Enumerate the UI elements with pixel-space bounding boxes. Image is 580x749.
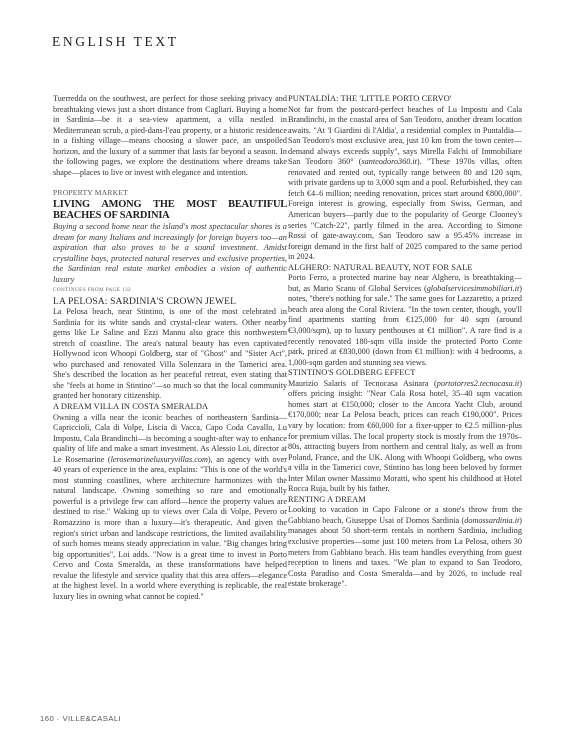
subhead-costa-smeralda: A DREAM VILLA IN COSTA SMERALDA xyxy=(53,402,287,413)
body-stintino: Maurizio Salaris of Tecnocasa Asinara (p… xyxy=(288,379,522,495)
website-link-santeodoro360[interactable]: santeodoro360.it xyxy=(362,157,417,166)
magazine-name: VILLE&CASALI xyxy=(62,714,121,723)
subhead-renting: RENTING A DREAM xyxy=(288,495,522,506)
body-text: ) manages about 50 short-term rentals in… xyxy=(288,516,522,588)
subhead-puntaldia: PUNTALDÌA: THE 'LITTLE PORTO CERVO' xyxy=(288,94,522,105)
continues-from-note: CONTINUES FROM PAGE 132 xyxy=(53,285,287,296)
website-link-domos-sardinia[interactable]: domossardinia.it xyxy=(464,516,519,525)
page-folio: 160 · VILLE&CASALI xyxy=(40,714,121,723)
body-la-pelosa: La Pelosa beach, near Stintino, is one o… xyxy=(53,307,287,402)
body-puntaldia: Not far from the postcard-perfect beache… xyxy=(288,105,522,263)
body-text: ), an agency with over 40 years of exper… xyxy=(53,455,287,601)
folio-separator: · xyxy=(57,714,60,723)
website-link-global-services[interactable]: globalservicesimmobiliari.it xyxy=(427,284,520,293)
section-label: PROPERTY MARKET xyxy=(53,188,287,199)
website-link-tecnocasa[interactable]: portotorres2.tecnocasa.it xyxy=(437,379,519,388)
left-column: Tuerredda on the southwest, are perfect … xyxy=(53,94,287,602)
right-column: PUNTALDÌA: THE 'LITTLE PORTO CERVO' Not … xyxy=(288,94,522,590)
page-number: 160 xyxy=(40,714,54,723)
spacer xyxy=(53,178,287,188)
body-text: Maurizio Salaris of Tecnocasa Asinara ( xyxy=(288,379,437,388)
page-kicker: ENGLISH TEXT xyxy=(52,34,179,50)
subhead-alghero: ALGHERO: NATURAL BEAUTY, NOT FOR SALE xyxy=(288,263,522,274)
body-renting: Looking to vacation in Capo Falcone or a… xyxy=(288,505,522,589)
body-costa-smeralda: Owning a villa near the iconic beaches o… xyxy=(53,413,287,603)
subhead-stintino: STINTINO'S GOLDBERG EFFECT xyxy=(288,368,522,379)
article-headline: LIVING AMONG THE MOST BEAUTIFUL BEACHES … xyxy=(53,199,287,222)
body-alghero: Porto Ferro, a protected marine bay near… xyxy=(288,273,522,368)
body-text: ) notes, "there's nothing for sale." The… xyxy=(288,284,522,367)
website-link-le-rosemarine[interactable]: lerosemarineluxuryvillas.com xyxy=(111,455,208,464)
article-standfirst: Buying a second home near the island's m… xyxy=(53,222,287,286)
subhead-la-pelosa: LA PELOSA: SARDINIA'S CROWN JEWEL xyxy=(53,296,287,307)
body-text: ) offers pricing insight: "Near Cala Ros… xyxy=(288,379,522,493)
intro-paragraph: Tuerredda on the southwest, are perfect … xyxy=(53,94,287,178)
body-text: ). "These 1970s villas, often renovated … xyxy=(288,157,522,261)
